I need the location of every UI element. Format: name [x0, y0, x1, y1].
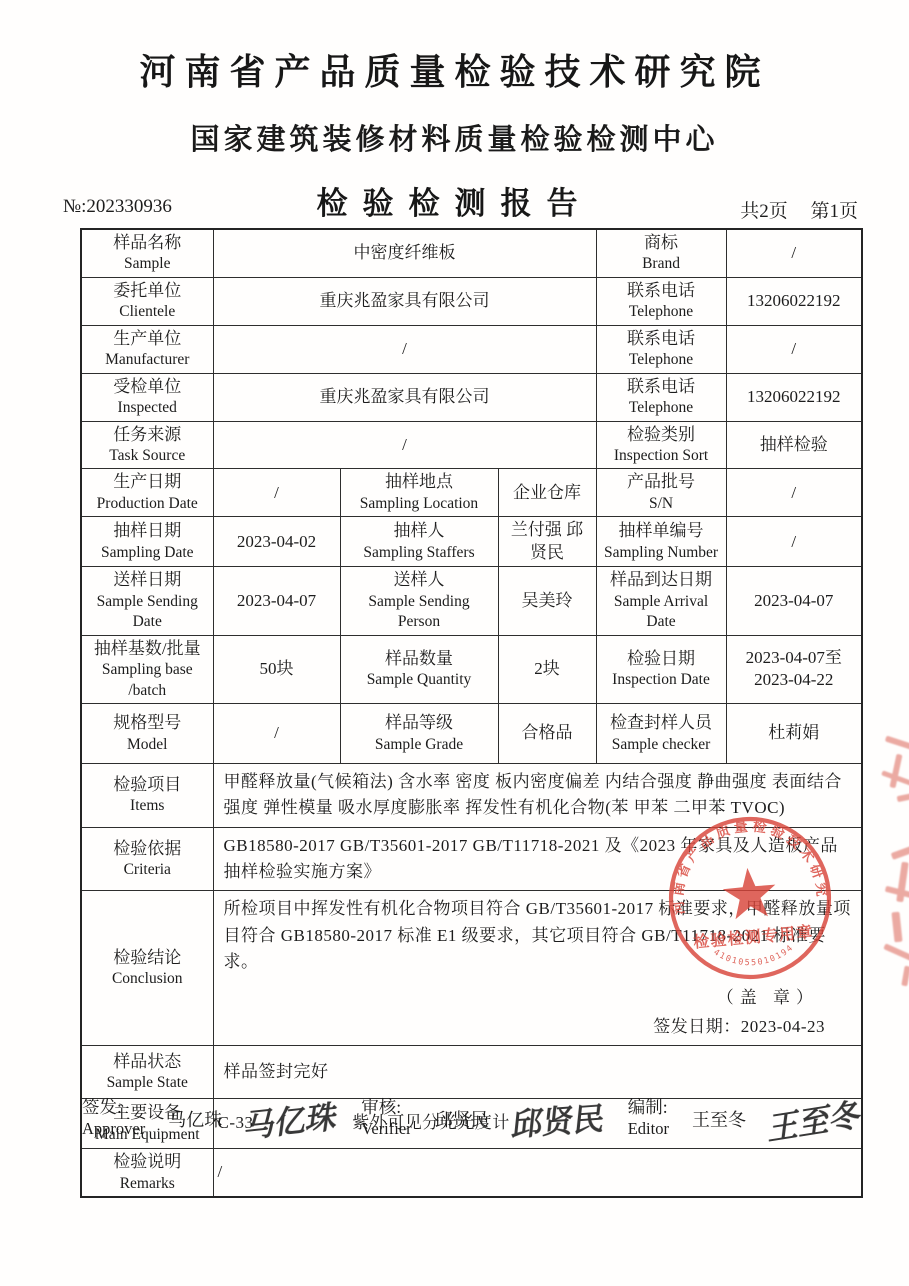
- production-date-value: /: [213, 469, 340, 517]
- clientele-phone-label: 联系电话Telephone: [596, 277, 726, 325]
- page-indicator: 共2页 第1页: [722, 196, 858, 223]
- model-label: 规格型号Model: [81, 704, 213, 764]
- editor-signature: 王至冬: [767, 1088, 865, 1149]
- sample-grade-value: 合格品: [498, 704, 596, 764]
- report-number: №:202330936: [63, 196, 172, 223]
- manufacturer-value: /: [213, 325, 596, 373]
- inspection-sort-label: 检验类别Inspection Sort: [596, 421, 726, 469]
- verifier-label: 审核:Verifier: [361, 1097, 411, 1140]
- sampling-date-label: 抽样日期Sampling Date: [81, 517, 213, 567]
- table-row: 检验依据Criteria GB18580-2017 GB/T35601-2017…: [81, 827, 862, 891]
- brand-value: /: [726, 229, 862, 277]
- table-row: 抽样日期Sampling Date 2023-04-02 抽样人Sampling…: [81, 517, 862, 567]
- clientele-label: 委托单位Clientele: [81, 277, 213, 325]
- sampling-number-value: /: [726, 517, 862, 567]
- sample-sending-person-label: 送样人Sample Sending Person: [340, 567, 498, 635]
- task-source-label: 任务来源Task Source: [81, 421, 213, 469]
- table-row: 抽样基数/批量Sampling base /batch 50块 样品数量Samp…: [81, 635, 862, 703]
- table-row: 检验项目Items 甲醛释放量(气候箱法) 含水率 密度 板内密度偏差 内结合强…: [81, 764, 862, 828]
- sample-sending-date-value: 2023-04-07: [213, 567, 340, 635]
- remarks-value: /: [213, 1149, 862, 1197]
- sampling-number-label: 抽样单编号Sampling Number: [596, 517, 726, 567]
- sample-name-label: 样品名称Sample: [81, 229, 213, 277]
- table-row: 生产日期Production Date / 抽样地点Sampling Locat…: [81, 469, 862, 517]
- sampling-location-label: 抽样地点Sampling Location: [340, 469, 498, 517]
- sample-checker-value: 杜莉娟: [726, 704, 862, 764]
- criteria-label: 检验依据Criteria: [81, 827, 213, 891]
- center-title: 国家建筑装修材料质量检验检测中心: [0, 117, 909, 158]
- report-page: 河南省产品质量检验技术研究院 国家建筑装修材料质量检验检测中心 检验检测报告 №…: [0, 0, 909, 1286]
- sample-arrival-date-value: 2023-04-07: [726, 567, 862, 635]
- seal-here-note: （盖 章）: [224, 985, 852, 1011]
- table-row: 生产单位Manufacturer / 联系电话Telephone /: [81, 325, 862, 373]
- meta-row: №:202330936 共2页 第1页: [63, 196, 858, 223]
- clientele-phone-value: 13206022192: [726, 277, 862, 325]
- model-value: /: [213, 704, 340, 764]
- inspection-date-label: 检验日期Inspection Date: [596, 635, 726, 703]
- sample-sending-person-value: 吴美玲: [498, 567, 596, 635]
- table-row: 规格型号Model / 样品等级Sample Grade 合格品 检查封样人员S…: [81, 704, 862, 764]
- sample-quantity-label: 样品数量Sample Quantity: [340, 635, 498, 703]
- table-row: 受检单位Inspected 重庆兆盈家具有限公司 联系电话Telephone 1…: [81, 373, 862, 421]
- table-row: 任务来源Task Source / 检验类别Inspection Sort 抽样…: [81, 421, 862, 469]
- product-sn-label: 产品批号S/N: [596, 469, 726, 517]
- sampling-location-value: 企业仓库: [498, 469, 596, 517]
- sample-quantity-value: 2块: [498, 635, 596, 703]
- table-row: 检验说明Remarks /: [81, 1149, 862, 1197]
- editor-name: 王至冬: [692, 1106, 746, 1132]
- product-sn-value: /: [726, 469, 862, 517]
- inspected-label: 受检单位Inspected: [81, 373, 213, 421]
- issue-date: 签发日期：2023-04-23: [224, 1014, 852, 1040]
- inspection-sort-value: 抽样检验: [726, 421, 862, 469]
- sample-arrival-date-label: 样品到达日期Sample Arrival Date: [596, 567, 726, 635]
- sample-checker-label: 检查封样人员Sample checker: [596, 704, 726, 764]
- inspected-phone-value: 13206022192: [726, 373, 862, 421]
- sample-name-value: 中密度纤维板: [213, 229, 596, 277]
- partial-stamp-mark-bottom: [869, 846, 909, 988]
- partial-stamp-mark-top: [867, 736, 909, 822]
- sampling-base-value: 50块: [213, 635, 340, 703]
- editor-label: 编制:Editor: [628, 1097, 669, 1140]
- manufacturer-phone-label: 联系电话Telephone: [596, 325, 726, 373]
- manufacturer-label: 生产单位Manufacturer: [81, 325, 213, 373]
- table-row: 样品名称Sample 中密度纤维板 商标Brand /: [81, 229, 862, 277]
- inspected-phone-label: 联系电话Telephone: [596, 373, 726, 421]
- remarks-label: 检验说明Remarks: [81, 1149, 213, 1197]
- approver-name: 马亿珠: [168, 1106, 222, 1132]
- sampling-date-value: 2023-04-02: [213, 517, 340, 567]
- report-table: 样品名称Sample 中密度纤维板 商标Brand / 委托单位Clientel…: [80, 228, 863, 1198]
- production-date-label: 生产日期Production Date: [81, 469, 213, 517]
- total-pages: 共2页: [740, 201, 788, 222]
- sample-sending-date-label: 送样日期Sample Sending Date: [81, 567, 213, 635]
- organization-title: 河南省产品质量检验技术研究院: [0, 44, 909, 95]
- conclusion-label: 检验结论Conclusion: [81, 891, 213, 1046]
- sample-grade-label: 样品等级Sample Grade: [340, 704, 498, 764]
- approver-signature: 马亿珠: [242, 1091, 341, 1147]
- inspected-value: 重庆兆盈家具有限公司: [213, 373, 596, 421]
- sample-state-label: 样品状态Sample State: [81, 1046, 213, 1099]
- brand-label: 商标Brand: [596, 229, 726, 277]
- criteria-value: GB18580-2017 GB/T35601-2017 GB/T11718-20…: [213, 827, 862, 891]
- table-row: 送样日期Sample Sending Date 2023-04-07 送样人Sa…: [81, 567, 862, 635]
- conclusion-cell: 所检项目中挥发性有机化合物项目符合 GB/T35601-2017 标准要求，甲醛…: [213, 891, 862, 1046]
- table-row: 检验结论Conclusion 所检项目中挥发性有机化合物项目符合 GB/T356…: [81, 891, 862, 1046]
- clientele-value: 重庆兆盈家具有限公司: [213, 277, 596, 325]
- report-header: 河南省产品质量检验技术研究院 国家建筑装修材料质量检验检测中心 检验检测报告: [0, 0, 909, 223]
- verifier-name: 邱贤民: [435, 1106, 489, 1132]
- items-label: 检验项目Items: [81, 764, 213, 828]
- table-row: 委托单位Clientele 重庆兆盈家具有限公司 联系电话Telephone 1…: [81, 277, 862, 325]
- signature-footer: 签发:Approver 马亿珠 马亿珠 审核:Verifier 邱贤民 邱贤民 …: [82, 1096, 862, 1141]
- task-source-value: /: [213, 421, 596, 469]
- items-value: 甲醛释放量(气候箱法) 含水率 密度 板内密度偏差 内结合强度 静曲强度 表面结…: [213, 764, 862, 828]
- manufacturer-phone-value: /: [726, 325, 862, 373]
- sampling-base-label: 抽样基数/批量Sampling base /batch: [81, 635, 213, 703]
- inspection-date-value: 2023-04-07至 2023-04-22: [726, 635, 862, 703]
- sample-state-value: 样品签封完好: [213, 1046, 862, 1099]
- verifier-signature: 邱贤民: [509, 1093, 607, 1145]
- sampling-staffers-value: 兰付强 邱贤民: [498, 517, 596, 567]
- sampling-staffers-label: 抽样人Sampling Staffers: [340, 517, 498, 567]
- conclusion-text: 所检项目中挥发性有机化合物项目符合 GB/T35601-2017 标准要求，甲醛…: [224, 896, 852, 975]
- current-page: 第1页: [810, 201, 858, 222]
- approver-label: 签发:Approver: [82, 1097, 145, 1140]
- table-row: 样品状态Sample State 样品签封完好: [81, 1046, 862, 1099]
